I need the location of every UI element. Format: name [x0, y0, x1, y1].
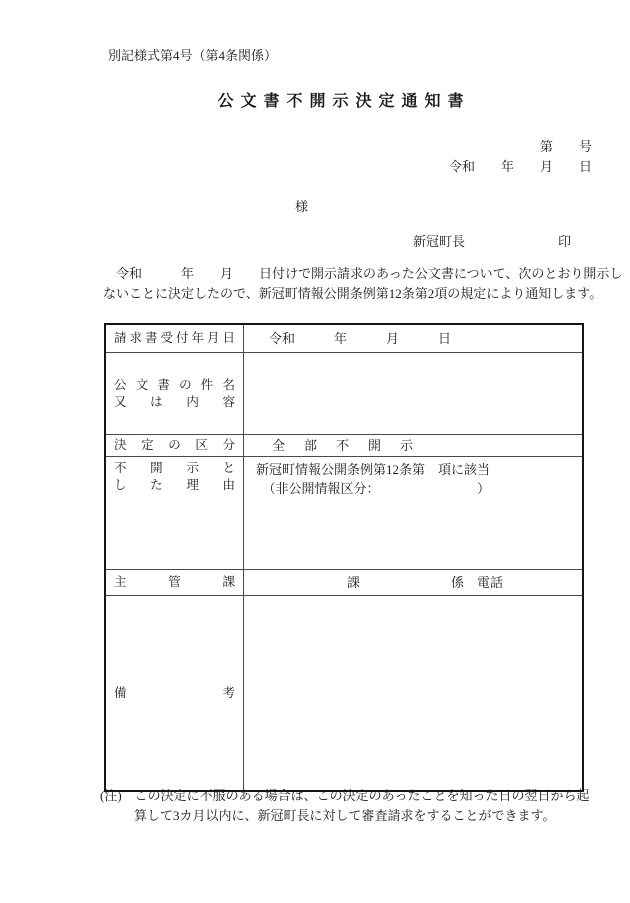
row-label: 請求書受付年月日	[114, 330, 235, 347]
row-label: 公文書の件名	[114, 377, 235, 394]
row-label: 主管課	[114, 574, 235, 591]
form-code-label: 別記様式第4号（第4条関係）	[108, 45, 277, 64]
row-value: 令和 年 月 日	[256, 329, 578, 348]
footnote-line: (注) この決定に不服のある場合は、この決定のあったことを知った日の翌日から起	[100, 786, 600, 806]
body-text-line: ないことに決定したので、新冠町情報公開条例第12条第2項の規定により通知します。	[103, 284, 628, 304]
nondisclosure-reason-label-cell: 不開示と した理由	[105, 457, 244, 570]
remarks-label-cell: 備考	[105, 596, 244, 792]
issuer-seal: 印	[558, 231, 571, 250]
request-date-row: 請求書受付年月日 令和 年 月 日	[105, 324, 583, 353]
responsible-division-value-cell: 課 係 電話	[244, 570, 584, 596]
document-meta: 第 号 令和 年 月 日	[104, 137, 592, 177]
row-value: 全 部 不 開 示	[256, 436, 578, 455]
request-date-label-cell: 請求書受付年月日	[105, 324, 244, 353]
document-page: 別記様式第4号（第4条関係） 公文書不開示決定通知書 第 号 令和 年 月 日 …	[0, 0, 630, 903]
document-name-value-cell	[244, 353, 584, 435]
document-name-row: 公文書の件名 又は内容	[105, 353, 583, 435]
issue-date: 令和 年 月 日	[104, 157, 592, 177]
remarks-value-cell	[244, 596, 584, 792]
row-label: 不開示と	[114, 460, 235, 477]
decision-category-label-cell: 決定の区分	[105, 435, 244, 457]
footnote: (注) この決定に不服のある場合は、この決定のあったことを知った日の翌日から起 …	[100, 786, 600, 826]
row-label: 決定の区分	[114, 437, 235, 454]
nondisclosure-reason-value-cell: 新冠町情報公開条例第12条第 項に該当 （非公開情報区分： ）	[244, 457, 584, 570]
body-paragraph: 令和 年 月 日付けで開示請求のあった公文書について、次のとおり開示し ないこと…	[103, 264, 628, 304]
responsible-division-row: 主管課 課 係 電話	[105, 570, 583, 596]
row-label: した理由	[114, 477, 235, 494]
row-value: （非公開情報区分： ）	[256, 479, 578, 498]
row-value: 新冠町情報公開条例第12条第 項に該当	[256, 460, 578, 479]
document-title: 公文書不開示決定通知書	[104, 88, 584, 111]
addressee-suffix: 様	[295, 196, 308, 215]
decision-category-value-cell: 全 部 不 開 示	[244, 435, 584, 457]
remarks-row: 備考	[105, 596, 583, 792]
issuer-line: 新冠町長 印	[0, 231, 630, 249]
issuer-name: 新冠町長	[413, 231, 465, 250]
footnote-line: 算して3カ月以内に、新冠町長に対して審査請求をすることができます。	[100, 806, 600, 826]
nondisclosure-reason-row: 不開示と した理由 新冠町情報公開条例第12条第 項に該当 （非公開情報区分： …	[105, 457, 583, 570]
document-name-label-cell: 公文書の件名 又は内容	[105, 353, 244, 435]
body-text-line: 令和 年 月 日付けで開示請求のあった公文書について、次のとおり開示し	[103, 264, 628, 284]
disclosure-decision-table: 請求書受付年月日 令和 年 月 日 公文書の件名 又は内容 決定の区分	[104, 323, 584, 792]
responsible-division-label-cell: 主管課	[105, 570, 244, 596]
row-label: 又は内容	[114, 394, 235, 411]
decision-category-row: 決定の区分 全 部 不 開 示	[105, 435, 583, 457]
row-value: 課 係 電話	[256, 573, 578, 592]
request-date-value-cell: 令和 年 月 日	[244, 324, 584, 353]
row-label: 備考	[114, 685, 235, 702]
document-number: 第 号	[104, 137, 592, 157]
